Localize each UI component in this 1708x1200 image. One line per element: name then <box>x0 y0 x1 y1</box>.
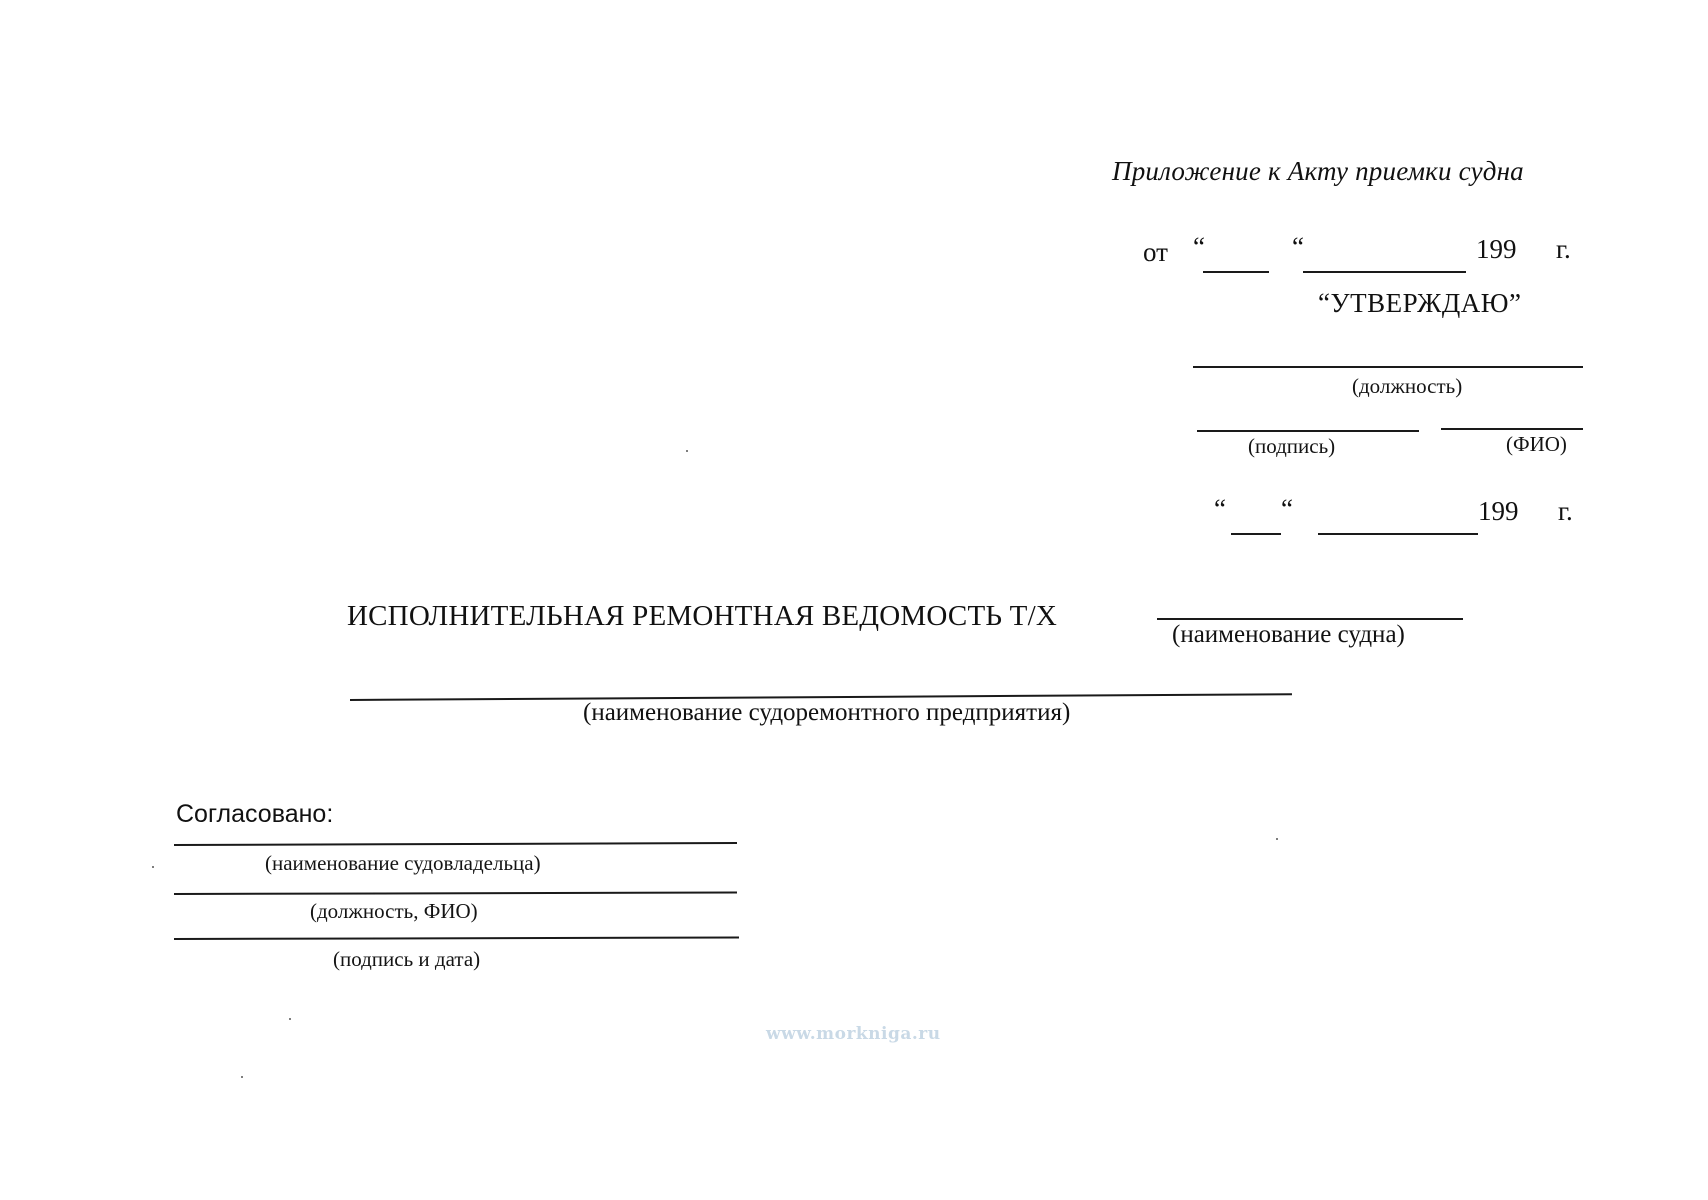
date-prefix: от <box>1143 237 1168 268</box>
approve-heading: “УТВЕРЖДАЮ” <box>1318 288 1522 319</box>
vessel-name-caption: (наименование судна) <box>1172 621 1405 649</box>
act-date-month-field[interactable] <box>1303 243 1466 273</box>
approve-date-day-field[interactable] <box>1231 505 1281 535</box>
scan-speck <box>241 1076 243 1078</box>
act-date-day-field[interactable] <box>1203 243 1269 273</box>
position-caption: (должность) <box>1352 374 1462 399</box>
signature-caption: (подпись) <box>1248 434 1335 459</box>
agreed-signature-date-field[interactable] <box>174 909 739 940</box>
approver-signature-field[interactable] <box>1197 402 1419 432</box>
shipowner-name-field[interactable] <box>174 814 737 846</box>
approver-position-field[interactable] <box>1193 338 1583 368</box>
date-year: 199 <box>1476 234 1517 265</box>
scan-speck <box>289 1018 291 1020</box>
agreed-position-name-field[interactable] <box>174 864 737 895</box>
date-year-suffix: г. <box>1556 234 1571 265</box>
approve-date-year: 199 <box>1478 496 1519 527</box>
approve-date-open-quote-month: “ <box>1281 494 1293 525</box>
approve-date-year-suffix: г. <box>1558 496 1573 527</box>
approve-date-open-quote-day: “ <box>1214 494 1226 525</box>
approver-name-field[interactable] <box>1441 400 1583 430</box>
vessel-name-field[interactable] <box>1157 590 1463 620</box>
shipyard-caption: (наименование судоремонтного предприятия… <box>583 699 1070 727</box>
shipyard-name-field[interactable] <box>350 665 1292 701</box>
signature-date-caption: (подпись и дата) <box>333 947 480 972</box>
scan-speck <box>152 866 154 868</box>
approve-date-month-field[interactable] <box>1318 505 1478 535</box>
watermark: www.morkniga.ru <box>766 1024 941 1044</box>
name-caption: (ФИО) <box>1506 432 1567 457</box>
scan-speck <box>686 450 688 452</box>
appendix-title: Приложение к Акту приемки судна <box>1112 156 1524 187</box>
document-title: ИСПОЛНИТЕЛЬНАЯ РЕМОНТНАЯ ВЕДОМОСТЬ Т/Х <box>347 600 1057 633</box>
scan-speck <box>1276 838 1278 840</box>
